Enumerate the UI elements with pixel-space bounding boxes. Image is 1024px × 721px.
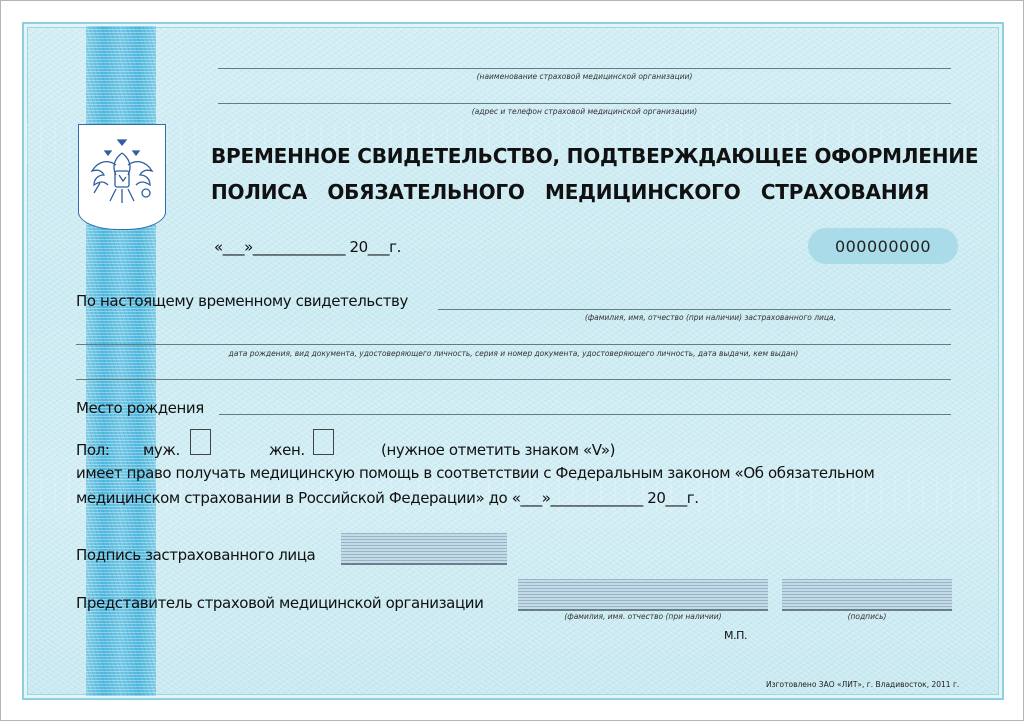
- female-label: жен.: [269, 441, 305, 459]
- representative-label: Представитель страховой медицинской орга…: [76, 594, 483, 612]
- certificate-intro-label: По настоящему временному свидетельству: [76, 292, 408, 310]
- org-address-field[interactable]: [218, 103, 951, 104]
- insured-doc-field[interactable]: [76, 344, 951, 345]
- doc-caption: дата рождения, вид документа, удостоверя…: [76, 349, 951, 358]
- document-title-line2: ПОЛИСА ОБЯЗАТЕЛЬНОГО МЕДИЦИНСКОГО СТРАХО…: [211, 180, 929, 204]
- birthplace-label: Место рождения: [76, 399, 204, 417]
- insured-signature-field[interactable]: [341, 533, 507, 565]
- male-label: муж.: [143, 441, 180, 459]
- extra-info-field[interactable]: [76, 379, 951, 380]
- org-name-caption: (наименование страховой медицинской орга…: [218, 72, 951, 81]
- rep-sign-caption: (подпись): [782, 612, 952, 621]
- rights-text-line2: медицинском страховании в Российской Фед…: [76, 489, 699, 507]
- sex-label: Пол:: [76, 441, 110, 459]
- representative-fio-field[interactable]: [518, 579, 768, 611]
- stamp-label: М.П.: [724, 629, 747, 642]
- female-checkbox[interactable]: [313, 429, 334, 455]
- birthplace-field[interactable]: [219, 414, 951, 415]
- male-checkbox[interactable]: [190, 429, 211, 455]
- fio-caption: (фамилия, имя, отчество (при наличии) за…: [438, 313, 951, 322]
- org-address-caption: (адрес и телефон страховой медицинской о…: [218, 107, 951, 116]
- rep-fio-caption: (фамилия, имя. отчество (при наличии): [518, 612, 768, 621]
- org-name-field[interactable]: [218, 68, 951, 69]
- page-frame: (наименование страховой медицинской орга…: [0, 0, 1024, 721]
- insured-signature-label: Подпись застрахованного лица: [76, 546, 315, 564]
- russian-coat-of-arms-icon: [78, 124, 166, 230]
- document-title-line1: ВРЕМЕННОЕ СВИДЕТЕЛЬСТВО, ПОДТВЕРЖДАЮЩЕЕ …: [211, 144, 978, 168]
- rights-text-line1: имеет право получать медицинскую помощь …: [76, 464, 874, 482]
- issue-date[interactable]: «___»_____________ 20___г.: [214, 238, 401, 256]
- sex-hint: (нужное отметить знаком «V»): [381, 441, 615, 459]
- representative-signature-field[interactable]: [782, 579, 952, 611]
- serial-number-badge: 000000000: [808, 228, 958, 264]
- manufacturer-footer: Изготовлено ЗАО «ЛИТ», г. Владивосток, 2…: [766, 680, 959, 689]
- insured-fio-field[interactable]: [438, 309, 951, 310]
